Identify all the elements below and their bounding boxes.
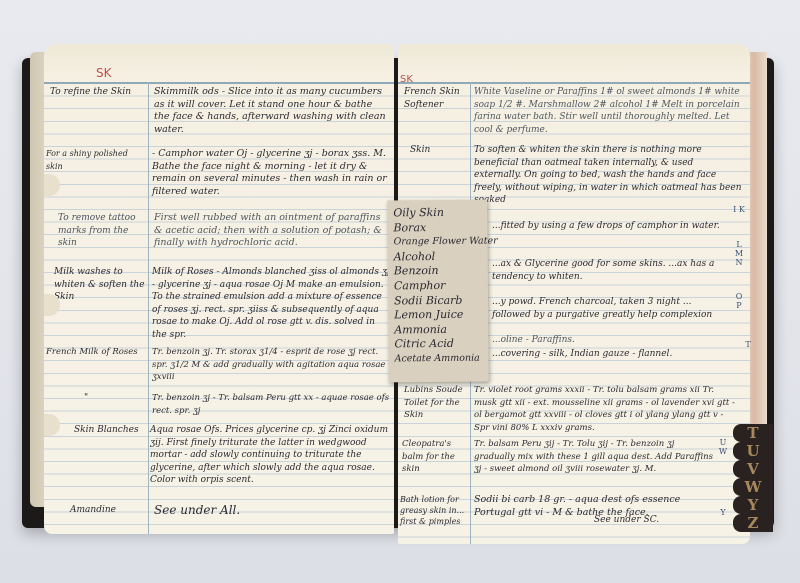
section-mark: SK (400, 74, 413, 85)
card-item: Citric Acid (394, 337, 482, 352)
entry-text: ...y powd. French charcoal, taken 3 nigh… (492, 296, 732, 321)
entry-text: First well rubbed with an ointment of pa… (154, 212, 390, 250)
black-tab-t[interactable]: T (733, 424, 773, 442)
entry-label: Skin Blanches (74, 424, 146, 437)
entry-label: For a shiny polished skin (46, 148, 146, 173)
left-page: SK To refine the Skin Skimmilk ods - Sli… (44, 44, 394, 534)
card-item: Borax (393, 220, 481, 235)
entry-label: Bath lotion for greasy skin in... first … (400, 494, 468, 527)
black-tab-v[interactable]: V (733, 460, 773, 478)
card-item: Benzoin (394, 264, 482, 279)
card-item: Alcohol (394, 249, 482, 264)
entry-label: French Skin Softener (404, 86, 468, 111)
index-tab-lmn[interactable]: L M N (733, 240, 745, 267)
black-tab-w[interactable]: W (733, 478, 773, 496)
column-divider (148, 82, 149, 534)
entry-text: Milk of Roses - Almonds blanched ʒiss ol… (152, 266, 390, 342)
entry-label: Lubins Soude Toilet for the Skin (404, 384, 468, 422)
card-item: Sodii Bicarb (394, 293, 482, 308)
section-mark: SK (96, 66, 112, 80)
card-item: Orange Flower Water (394, 235, 482, 250)
entry-label: Milk washes to whiten & soften the Skin (54, 266, 146, 304)
inserted-ingredient-card: Oily Skin Borax Orange Flower Water Alco… (387, 200, 489, 383)
entry-label: Cleopatra's balm for the skin (402, 438, 468, 476)
card-item: Oily Skin (393, 206, 481, 221)
card-item: Acetate Ammonia (395, 352, 483, 367)
entry-label: Amandine (70, 504, 146, 517)
entry-label: Skin (410, 144, 468, 157)
entry-text: Tr. violet root grams xxxii - Tr. tolu b… (474, 384, 736, 434)
black-tab-y[interactable]: Y (733, 496, 773, 514)
entry-text: Tr. benzoin ʒj. Tr. storax ʒ1/4 - esprit… (152, 346, 390, 384)
entry-text: White Vaseline or Paraffins 1# ol sweet … (474, 86, 742, 136)
entry-text: Aqua rosae Ofs. Prices glycerine cp. ʒj … (150, 424, 390, 487)
entry-text: To soften & whiten the skin there is not… (474, 144, 742, 207)
entry-text: See under All. (154, 504, 390, 517)
black-tab-z[interactable]: Z (733, 514, 773, 532)
entry-label: To refine the Skin (50, 86, 146, 99)
entry-text: Skimmilk ods - Slice into it as many cuc… (154, 86, 390, 136)
entry-text: ...fitted by using a few drops of campho… (492, 220, 732, 233)
index-tab-op[interactable]: O P (733, 292, 745, 310)
cross-reference-note: See under SC. (594, 514, 674, 527)
entry-text: ...ax & Glycerine good for some skins. .… (492, 258, 732, 283)
index-tab-t[interactable]: T (742, 340, 754, 349)
ditto-label: " (84, 392, 144, 405)
entry-text: ...oline - Paraffins. (492, 334, 712, 347)
card-item: Lemon Juice (394, 308, 482, 323)
header-rule (398, 82, 750, 84)
card-item: Camphor (394, 279, 482, 294)
black-tab-u[interactable]: U (733, 442, 773, 460)
entry-label: To remove tattoo marks from the skin (58, 212, 146, 250)
entry-label: French Milk of Roses (46, 346, 146, 359)
index-tab-ik[interactable]: I K (733, 205, 745, 214)
entry-text: ...covering - silk, Indian gauze - flann… (492, 348, 732, 361)
card-item: Ammonia (394, 322, 482, 337)
header-rule (44, 82, 394, 84)
entry-text: - Camphor water Oj - glycerine ʒj - bora… (152, 148, 390, 198)
entry-text: Tr. balsam Peru ʒij - Tr. Tolu ʒij - Tr.… (474, 438, 714, 476)
entry-text: Tr. benzoin ʒj - Tr. balsam Peru gtt xx … (152, 392, 390, 417)
index-tab-uw[interactable]: U W (717, 438, 729, 456)
index-tab-y[interactable]: Y (717, 508, 729, 517)
